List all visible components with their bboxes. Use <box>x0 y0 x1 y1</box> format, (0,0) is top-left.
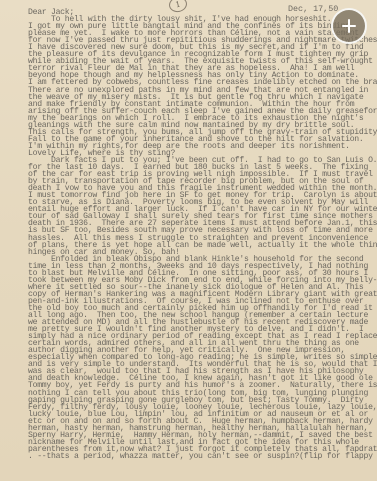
plus-icon-vertical <box>348 19 350 33</box>
zoom-in-button[interactable] <box>331 8 367 44</box>
letter-body: Dear Jack; To hell with the dirty lousy … <box>28 9 373 460</box>
letter-lines: To hell with the dirty lousy shit, I've … <box>28 16 373 460</box>
letter-page: 1 Dec, 17,50 Dear Jack; To hell with the… <box>0 0 377 481</box>
letter-line: . --thats a period, whazza matter, you c… <box>28 453 373 460</box>
